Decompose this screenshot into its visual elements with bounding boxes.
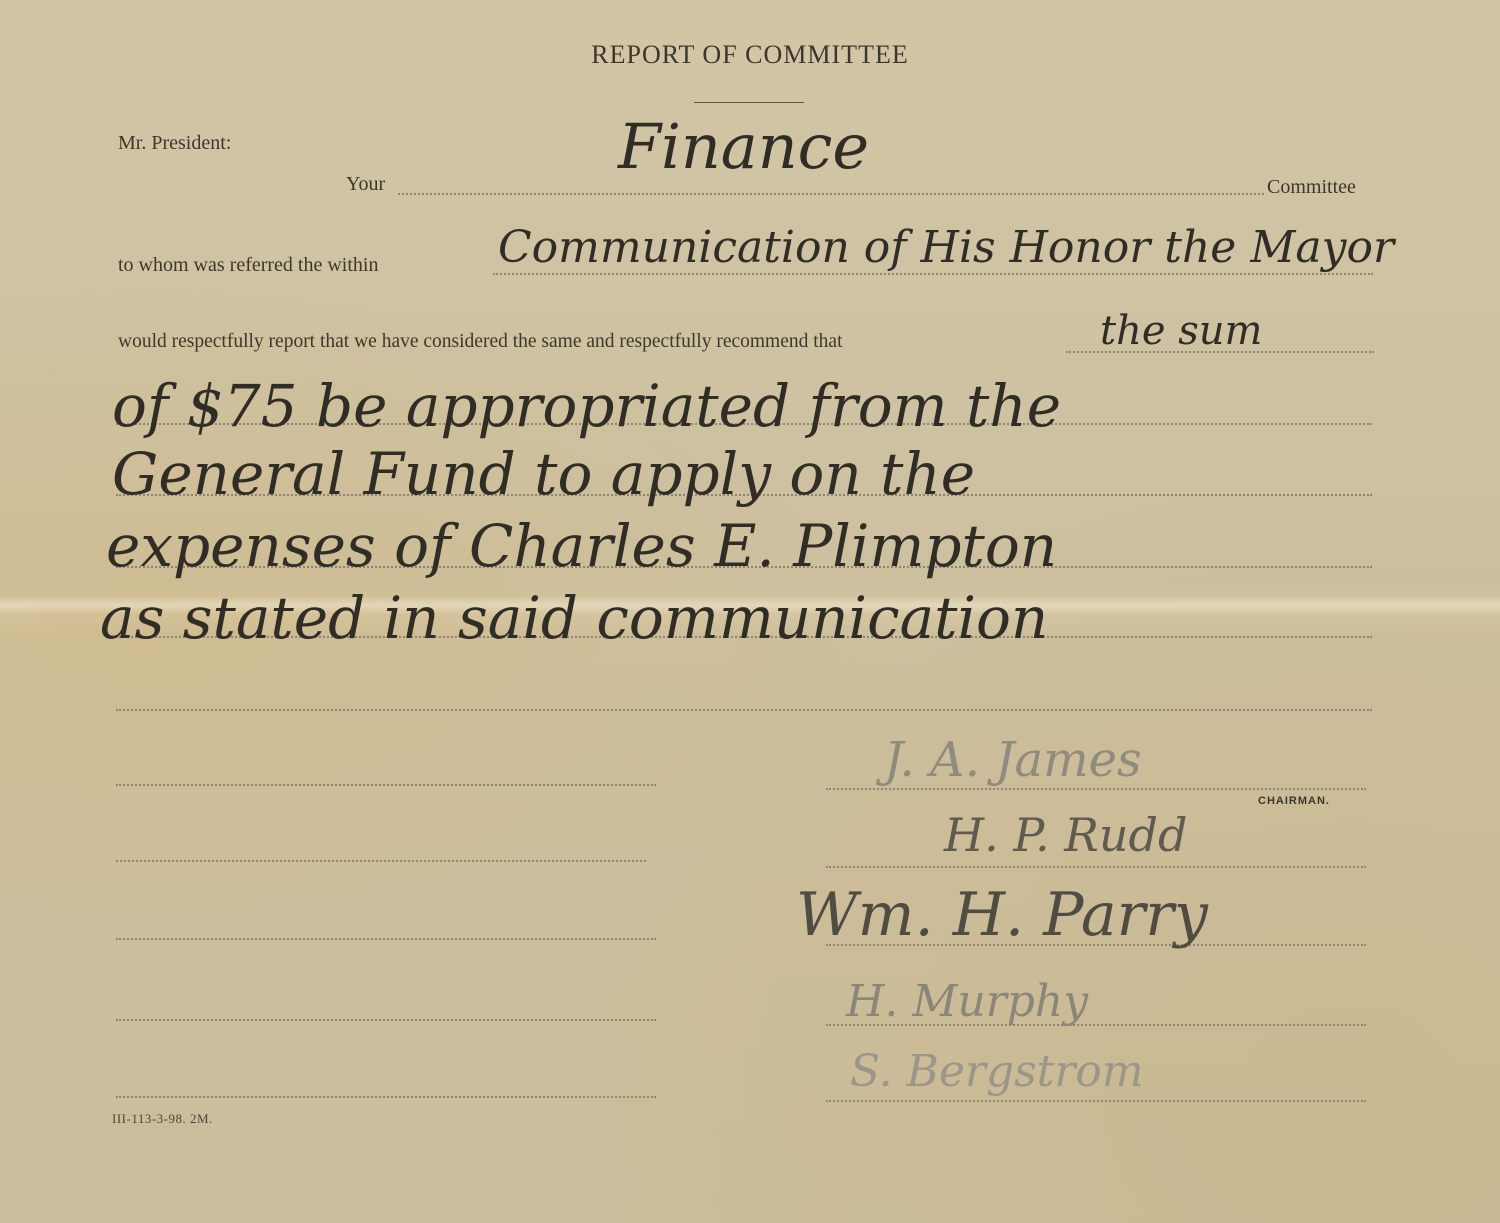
body-handwritten-line-2: General Fund to apply on the bbox=[112, 440, 975, 508]
signature-member-5: S. Bergstrom bbox=[850, 1046, 1144, 1097]
your-label: Your bbox=[346, 173, 385, 196]
referred-field-line bbox=[493, 273, 1373, 275]
referred-label: to whom was referred the within bbox=[118, 254, 378, 277]
left-blank-line-5 bbox=[116, 1096, 656, 1098]
committee-label: Committee bbox=[1267, 176, 1356, 199]
committee-name-handwritten: Finance bbox=[618, 110, 869, 183]
recommend-handwritten-start: the sum bbox=[1100, 308, 1262, 354]
signature-chairman: J. A. James bbox=[884, 732, 1142, 788]
body-handwritten-line-1: of $75 be appropriated from the bbox=[112, 372, 1061, 440]
document-title: REPORT OF COMMITTEE bbox=[0, 40, 1500, 70]
signature-member-3: Wm. H. Parry bbox=[796, 880, 1208, 950]
form-number: III-113-3-98. 2M. bbox=[112, 1111, 213, 1127]
left-blank-line-4 bbox=[116, 1019, 656, 1021]
report-recommend-label: would respectfully report that we have c… bbox=[118, 331, 842, 353]
referred-item-handwritten: Communication of His Honor the Mayor bbox=[498, 222, 1394, 273]
signature-line-2 bbox=[826, 866, 1366, 868]
left-blank-line-2 bbox=[116, 860, 646, 862]
chairman-label: CHAIRMAN. bbox=[1258, 795, 1330, 807]
body-handwritten-line-4: as stated in said communication bbox=[100, 584, 1048, 652]
signature-member-4: H. Murphy bbox=[846, 976, 1088, 1027]
body-line-5-blank bbox=[116, 709, 1372, 711]
title-underline-rule bbox=[694, 102, 804, 103]
left-blank-line-1 bbox=[116, 784, 656, 786]
salutation: Mr. President: bbox=[118, 132, 231, 155]
signature-line-chairman bbox=[826, 788, 1366, 790]
committee-name-field-line bbox=[398, 193, 1264, 195]
body-handwritten-line-3: expenses of Charles E. Plimpton bbox=[106, 512, 1057, 580]
signature-member-2: H. P. Rudd bbox=[944, 808, 1187, 862]
signature-line-5 bbox=[826, 1100, 1366, 1102]
left-blank-line-3 bbox=[116, 938, 656, 940]
